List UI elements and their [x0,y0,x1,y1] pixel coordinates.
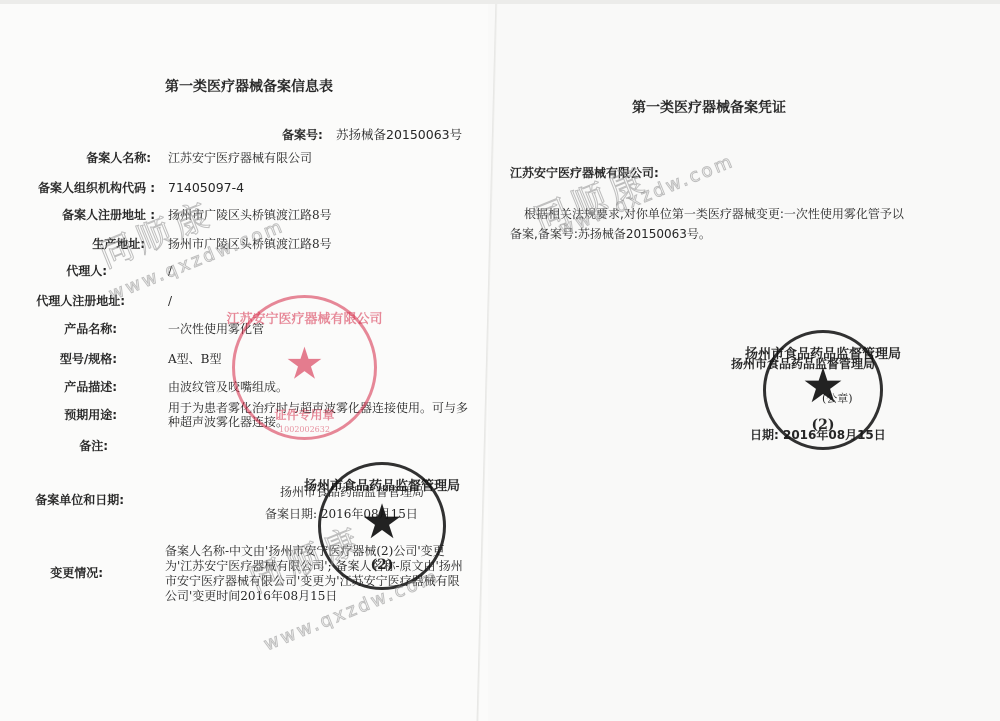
field-value-model-spec: A型、B型 [168,352,222,366]
field-label-product-name: 产品名称: [64,322,117,336]
field-value-agent-address: / [168,294,172,308]
field-label-filer-name: 备案人名称: [86,151,151,165]
field-label-remarks: 备注: [79,439,108,453]
company-seal-subtext: 证件专用章 [274,406,334,423]
field-label-agent: 代理人: [66,264,107,278]
certificate-title: 第一类医疗器械备案凭证 [632,101,786,115]
company-seal-text: 江苏安宁医疗器械有限公司 [226,308,382,327]
field-label-model-spec: 型号/规格: [60,352,117,366]
scan-top-edge [0,0,1000,4]
company-seal-stamp: 江苏安宁医疗器械有限公司 ★ 证件专用章 1002002632 [232,295,377,440]
star-icon: ★ [360,498,403,546]
form-title: 第一类医疗器械备案信息表 [165,80,333,94]
record-no-label: 备案号: [282,128,323,142]
field-value-org-code: 71405097-4 [168,181,244,195]
field-label-intended-use: 预期用途: [64,408,117,422]
company-seal-code: 1002002632 [279,425,330,434]
authority-seal-number-right: (2) [812,417,835,433]
field-label-product-description: 产品描述: [64,380,117,394]
field-value-filer-name: 江苏安宁医疗器械有限公司 [168,151,312,165]
authority-seal-stamp-right: 扬州市食品药品监督管理局 ★ (2) [763,330,883,450]
authority-seal-number-left: (2) [371,557,394,573]
star-icon: ★ [801,362,844,410]
field-label-filing-unit-date: 备案单位和日期: [35,493,124,507]
authority-seal-text-left: 扬州市食品药品监督管理局 [304,475,460,494]
record-no-value: 苏扬械备20150063号 [336,128,462,142]
field-label-change-history: 变更情况: [50,566,103,580]
star-icon: ★ [285,342,324,386]
field-label-org-code: 备案人组织机构代码 : [38,181,155,195]
